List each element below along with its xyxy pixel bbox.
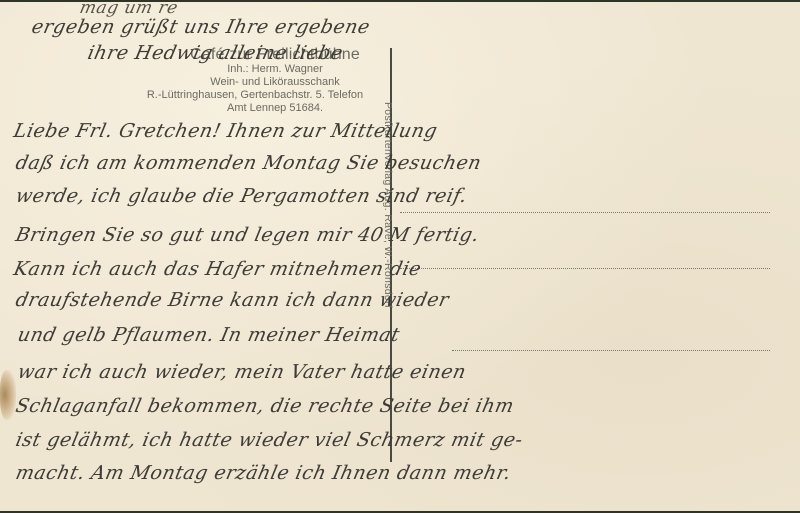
imprint-address: R.-Lüttringhausen, Gertenbachstr. 5. Tel… (90, 89, 420, 102)
address-line-2 (400, 268, 770, 269)
handwriting-line: ihre Hedwig alleine liebe (86, 42, 346, 64)
handwriting-line: ist gelähmt, ich hatte wieder viel Schme… (14, 429, 525, 451)
handwriting-line: ergeben grüßt uns Ihre ergebene (30, 16, 372, 38)
address-line-1 (400, 212, 770, 213)
handwriting-line: war ich auch wieder, mein Vater hatte ei… (16, 361, 469, 383)
publisher-imprint: Postkartenverlag Aug. Rave, W.-Ronsdorf (380, 102, 395, 402)
handwriting-line: Liebe Frl. Gretchen! Ihnen zur Mitteilun… (12, 120, 440, 142)
handwriting-line: und gelb Pflaumen. In meiner Heimat (16, 324, 402, 346)
handwriting-line: werde, ich glaube die Pergamotten sind r… (14, 185, 470, 207)
handwriting-line: Schlaganfall bekommen, die rechte Seite … (14, 395, 516, 417)
handwriting-line: Bringen Sie so gut und legen mir 40 M fe… (14, 224, 482, 246)
imprint-phone: Amt Lennep 51684. (130, 102, 420, 115)
imprint-business: Wein- und Likörausschank (130, 76, 420, 89)
handwriting-line: macht. Am Montag erzähle ich Ihnen dann … (14, 462, 513, 484)
handwriting-line: Kann ich auch das Hafer mitnehmen die (12, 258, 424, 280)
postcard: Café zur Freilichtbühne Inh.: Herm. Wagn… (0, 2, 800, 511)
imprint-owner: Inh.: Herm. Wagner (130, 63, 420, 76)
handwriting-line: draufstehende Birne kann ich dann wieder (14, 289, 451, 311)
handwriting-line: daß ich am kommenden Montag Sie besuchen (14, 152, 484, 174)
address-line-3 (452, 350, 770, 351)
